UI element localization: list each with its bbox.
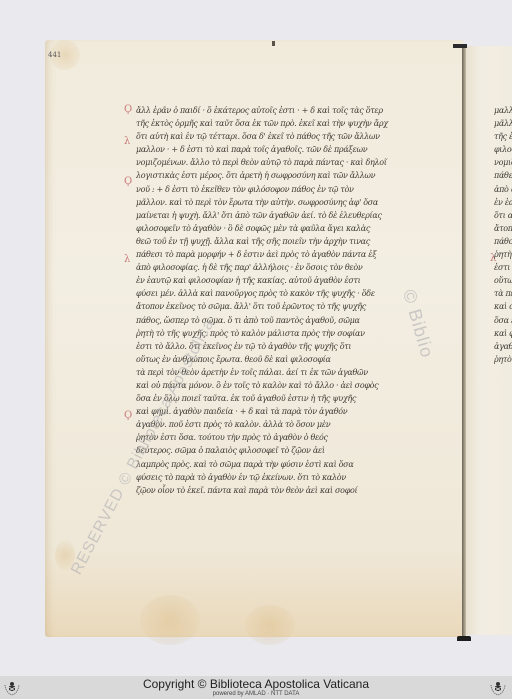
text-line: ὅτι αὐτὴ καὶ ἐν τῷ τέτταρι. ὅσα δ' ἐκεῖ … bbox=[494, 209, 512, 222]
text-line: ἀπὸ φιλοσοφίας. ἡ δὲ τῆς παρ' ἀλλήλοις ·… bbox=[494, 183, 512, 196]
text-line: ῥητὸν ἐστι ὅσα. τούτου τὴν πρὸς τὸ ἀγαθὸ… bbox=[494, 353, 512, 366]
text-line: ῥητὸν ἐστι ὅσα. τούτου τὴν πρὸς τὸ ἀγαθὸ… bbox=[136, 431, 460, 444]
text-line: νομιζομένων. ἄλλο τὸ περὶ θεὸν αὐτῷ τὸ π… bbox=[136, 156, 460, 169]
vatican-emblem-icon bbox=[489, 679, 507, 696]
text-line: ἐν ἑαυτῷ καὶ φιλοσοφίαν ἡ τῆς κακίας. αὐ… bbox=[136, 274, 460, 287]
text-line: ὅτι αὐτὴ καὶ ἐν τῷ τέτταρι. ὅσα δ' ἐκεῖ … bbox=[136, 130, 460, 143]
text-line: δεύτερος. σῶμα ὁ παλαιὸς φιλοσοφεῖ τὸ ζῷ… bbox=[136, 444, 460, 457]
rubric-mark: λ bbox=[124, 254, 130, 265]
text-line: καὶ φημὶ. ἀγαθὸν παιδεία · + δ καὶ τὰ πα… bbox=[494, 327, 512, 340]
text-line: ἄλλ ἐρᾶν ὁ παιδί · ὅ ἑκάτερος αὐτοῖς ἐστ… bbox=[136, 104, 460, 117]
binding-gutter bbox=[462, 44, 466, 637]
text-line: μαίνεται ἡ ψυχὴ. ἄλλ' ὅτι ἀπὸ τῶν ἀγαθῶν… bbox=[136, 209, 460, 222]
text-line: ζῷον οἷον τὸ ἐκεῖ. πάντα καὶ παρὰ τὸν θε… bbox=[136, 484, 460, 497]
text-line: πάθεσι τὸ παρὰ μορφήν + δ ἐστιν ἀεὶ πρὸς… bbox=[494, 169, 512, 182]
rubric-mark: λ bbox=[124, 136, 130, 147]
page-clip bbox=[453, 44, 467, 48]
text-line: μᾶλλον. καὶ τὸ περὶ τὸν ἔρωτα τὴν αὐτὴν.… bbox=[494, 117, 512, 130]
rubric-mark: Ϙ bbox=[124, 104, 132, 115]
text-line: οὕτως ἐν ἀνθρώποις ἔρωτα. θεοῦ δὲ καὶ φι… bbox=[494, 274, 512, 287]
text-line: ῥητὴ τὸ τῆς ψυχῆς. πρὸς τὸ καλὸν μάλιστα… bbox=[494, 248, 512, 261]
page-clip bbox=[457, 636, 471, 641]
image-viewer[interactable]: 441 Ϙ λ Ϙ λ Ϙ λ ἄλλ ἐρᾶν ὁ παιδί · ὅ ἑκά… bbox=[0, 0, 512, 676]
text-line: μᾶλλον. καὶ τὸ περὶ τὸν ἔρωτα τὴν αὐτὴν.… bbox=[136, 196, 460, 209]
text-line: φύσεις τὸ παρὰ τὸ ἀγαθὸν ἐν τῷ ἐκείνων. … bbox=[136, 471, 460, 484]
text-line: ἀγαθὸν. ποῦ ἐστι πρὸς τὸ καλὸν. ἀλλὰ τὸ … bbox=[494, 340, 512, 353]
text-line: καὶ φημὶ. ἀγαθὸν παιδεία · + δ καὶ τὰ πα… bbox=[136, 405, 460, 418]
text-line: τῆς ἐκτὸς ὁρμῆς καὶ ταῦτ ὅσα ἐκ τῶν πρὸ.… bbox=[136, 117, 460, 130]
text-line: ἐν ἑαυτῷ καὶ φιλοσοφίαν ἡ τῆς κακίας. αὐ… bbox=[494, 196, 512, 209]
text-line: ἐστι τὸ ἄλλο. ὅτι ἐκεῖνος ἐν τῷ τὸ ἀγαθὸ… bbox=[494, 261, 512, 274]
text-line: ἀγαθὸν. ποῦ ἐστι πρὸς τὸ καλὸν. ἀλλὰ τὸ … bbox=[136, 418, 460, 431]
text-line: πάθος, ὥσπερ τὸ σῶμα. ὅ τι ἀπὸ τοῦ παντὸ… bbox=[494, 235, 512, 248]
manuscript-text-recto: μαλλον · + δ ἐστι τὸ καὶ παρὰ τοῖς ἀγαθο… bbox=[494, 104, 512, 366]
copyright-footer: Copyright © Biblioteca Apostolica Vatica… bbox=[0, 676, 512, 699]
vatican-emblem-icon bbox=[3, 679, 21, 696]
text-line: τῆς ἐκτὸς ὁρμῆς καὶ ταῦτ ὅσα ἐκ τῶν πρὸ.… bbox=[494, 130, 512, 143]
text-line: ἀπὸ φιλοσοφίας. ἡ δὲ τῆς παρ' ἀλλήλοις ·… bbox=[136, 261, 460, 274]
text-line: μαλλον · + δ ἐστι τὸ καὶ παρὰ τοῖς ἀγαθο… bbox=[494, 104, 512, 117]
rubric-mark: Ϙ bbox=[124, 410, 132, 421]
ink-mark bbox=[272, 41, 275, 46]
text-line: ἄτοπον ἐκεῖνος τὸ σῶμα. ἄλλ' ὅτι τοῦ ἐρῶ… bbox=[494, 222, 512, 235]
copyright-text: Copyright © Biblioteca Apostolica Vatica… bbox=[0, 676, 512, 690]
text-line: τὰ περὶ τὸν θεὸν ἀρετὴν ἐν τοῖς πάλαι. ἀ… bbox=[494, 287, 512, 300]
text-line: ὅσα ἐν ὅλῳ ποιεῖ ταῦτα. ἐκ τοῦ ἀγαθοῦ ἐσ… bbox=[136, 392, 460, 405]
text-line: πάθεσι τὸ παρὰ μορφήν + δ ἐστιν ἀεὶ πρὸς… bbox=[136, 248, 460, 261]
powered-by-text: powered by AMLAD · NTT DATA bbox=[0, 690, 512, 698]
text-line: λογιστικὰς ἐστι μέρος. ὅτι ἀρετὴ ἡ σωφρο… bbox=[136, 169, 460, 182]
text-line: μαλλον · + δ ἐστι τὸ καὶ παρὰ τοῖς ἀγαθο… bbox=[136, 143, 460, 156]
text-line: φιλοσοφεῖν τὸ ἀγαθὸν · ὃ δὲ σοφῶς μὲν τὰ… bbox=[494, 143, 512, 156]
text-line: θεῶ τοῦ ἐν τῇ ψυχῇ. ἄλλα καὶ τῆς σῆς ποι… bbox=[136, 235, 460, 248]
text-line: νοῦ : + δ ἐστι τὸ ἐκεῖθεν τὸν φιλόσοφον … bbox=[136, 183, 460, 196]
text-line: καὶ οὐ πάντα μόνον. ὃ ἐν τοῖς τὸ καλὸν κ… bbox=[494, 300, 512, 313]
folio-number: 441 bbox=[48, 51, 61, 59]
text-line: νομιζομένων. ἄλλο τὸ περὶ θεὸν αὐτῷ τὸ π… bbox=[494, 156, 512, 169]
text-line: φιλοσοφεῖν τὸ ἀγαθὸν · ὃ δὲ σοφῶς μὲν τὰ… bbox=[136, 222, 460, 235]
text-line: λαμπρὸς πρὸς. καὶ τὸ σῶμα παρὰ τὴν φύσιν… bbox=[136, 458, 460, 471]
rubric-mark: Ϙ bbox=[124, 176, 132, 187]
text-line: ὅσα ἐν ὅλῳ ποιεῖ ταῦτα. ἐκ τοῦ ἀγαθοῦ ἐσ… bbox=[494, 314, 512, 327]
